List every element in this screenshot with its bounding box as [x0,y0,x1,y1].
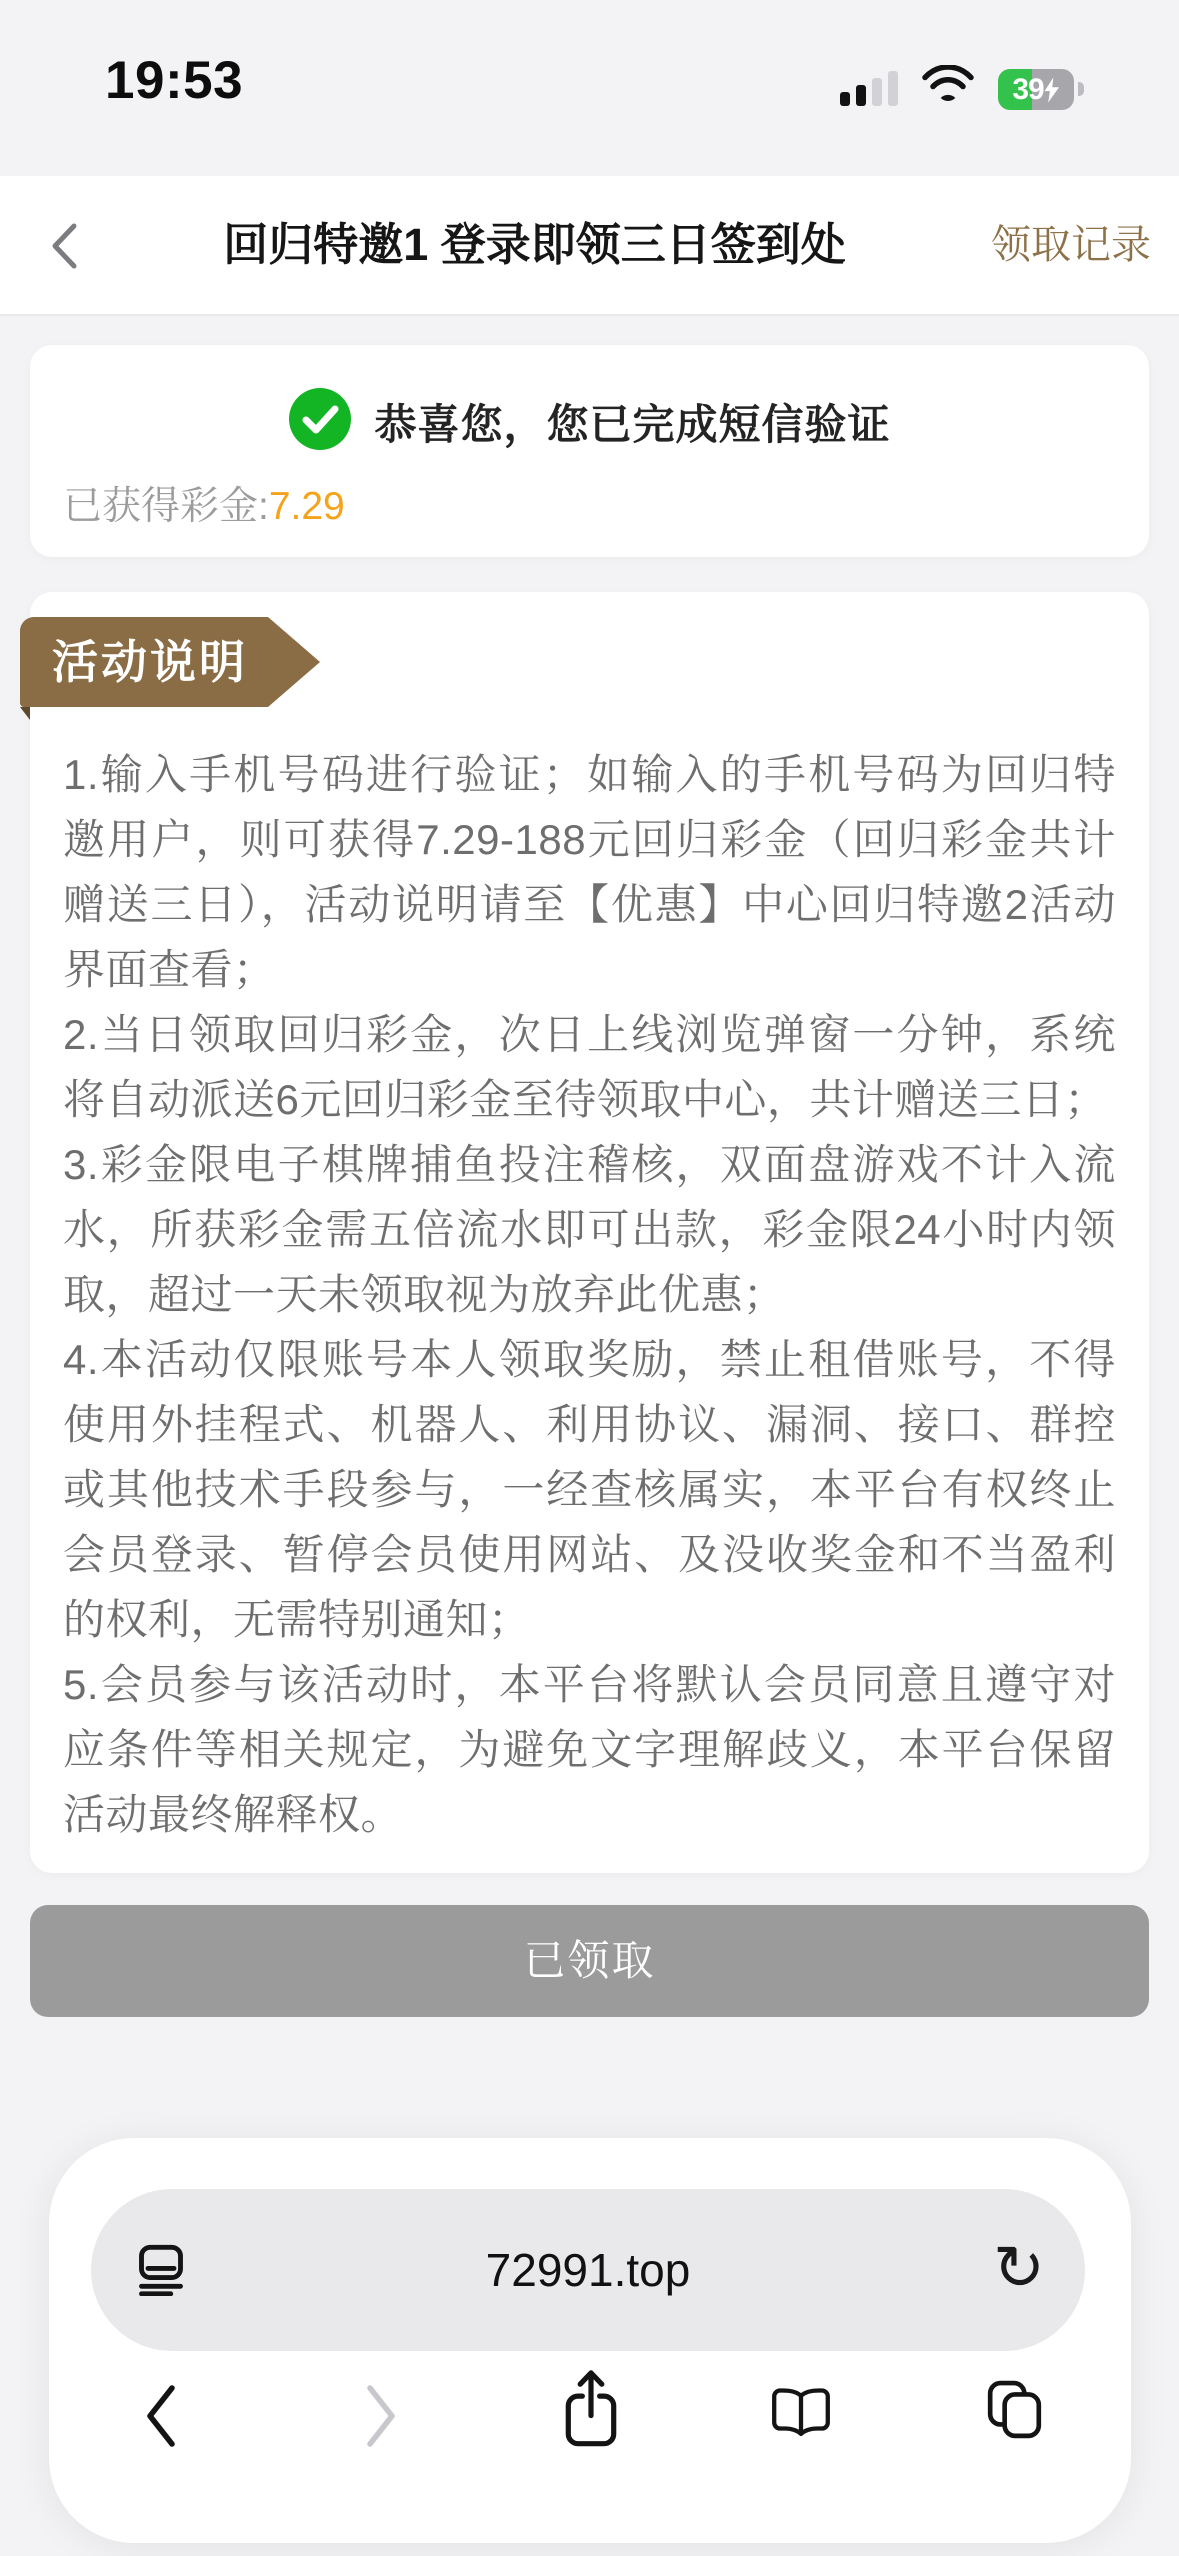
browser-chrome: 72991.top ↻ [49,2138,1131,2543]
chevron-left-icon [46,221,86,271]
reload-button[interactable]: ↻ [993,2229,1045,2309]
bonus-label: 已获得彩金: [63,485,269,528]
status-time: 19:53 [105,50,243,111]
url-text[interactable]: 72991.top [91,2189,1085,2351]
address-bar[interactable]: 72991.top ↻ [91,2189,1085,2351]
claim-records-link[interactable]: 领取记录 [991,176,1151,314]
wifi-icon [922,65,974,108]
success-check-icon [288,387,352,456]
tabs-button[interactable] [987,2380,1043,2445]
ribbon-fold [20,707,30,720]
battery-percent: 39 [1012,73,1043,107]
status-icons: 39 [840,62,1090,112]
success-message: 恭喜您，您已完成短信验证 [374,392,890,452]
rule-item: 4.本活动仅限账号本人领取奖励，禁止租借账号，不得使用外挂程式、机器人、利用协议… [63,1327,1116,1652]
rules-text: 1.输入手机号码进行验证；如输入的手机号码为回归特邀用户，则可获得7.29-18… [63,742,1116,1847]
claimed-button[interactable]: 已领取 [30,1905,1149,2017]
rules-badge: 活动说明 [20,617,268,707]
battery-icon: 39 [998,69,1074,110]
bonus-value: 7.29 [269,485,345,528]
nav-back-button[interactable] [46,221,86,271]
rule-item: 1.输入手机号码进行验证；如输入的手机号码为回归特邀用户，则可获得7.29-18… [63,742,1116,1002]
sms-result-card: 恭喜您，您已完成短信验证 已获得彩金:7.29 [30,345,1149,557]
rule-item: 3.彩金限电子棋牌捕鱼投注稽核，双面盘游戏不计入流水，所获彩金需五倍流水即可出款… [63,1132,1116,1327]
share-button[interactable] [565,2368,617,2453]
browser-back-button[interactable] [143,2383,179,2454]
activity-rules-card: 活动说明 1.输入手机号码进行验证；如输入的手机号码为回归特邀用户，则可获得7.… [30,592,1149,1873]
browser-forward-button[interactable] [363,2383,399,2454]
page-title: 回归特邀1 登录即领三日签到处 [120,176,949,314]
bonus-line: 已获得彩金:7.29 [63,475,345,531]
iphone-screen: 19:53 39 回归特邀1 登录即领三日签到处 领取记录 [0,0,1179,2556]
nav-bar: 回归特邀1 登录即领三日签到处 领取记录 [0,176,1179,316]
rule-item: 5.会员参与该活动时，本平台将默认会员同意且遵守对应条件等相关规定，为避免文字理… [63,1652,1116,1847]
charging-bolt-icon [1044,77,1060,103]
bookmarks-button[interactable] [771,2388,831,2443]
battery-cap [1078,82,1084,96]
rule-item: 2.当日领取回归彩金，次日上线浏览弹窗一分钟，系统将自动派送6元回归彩金至待领取… [63,1002,1116,1132]
